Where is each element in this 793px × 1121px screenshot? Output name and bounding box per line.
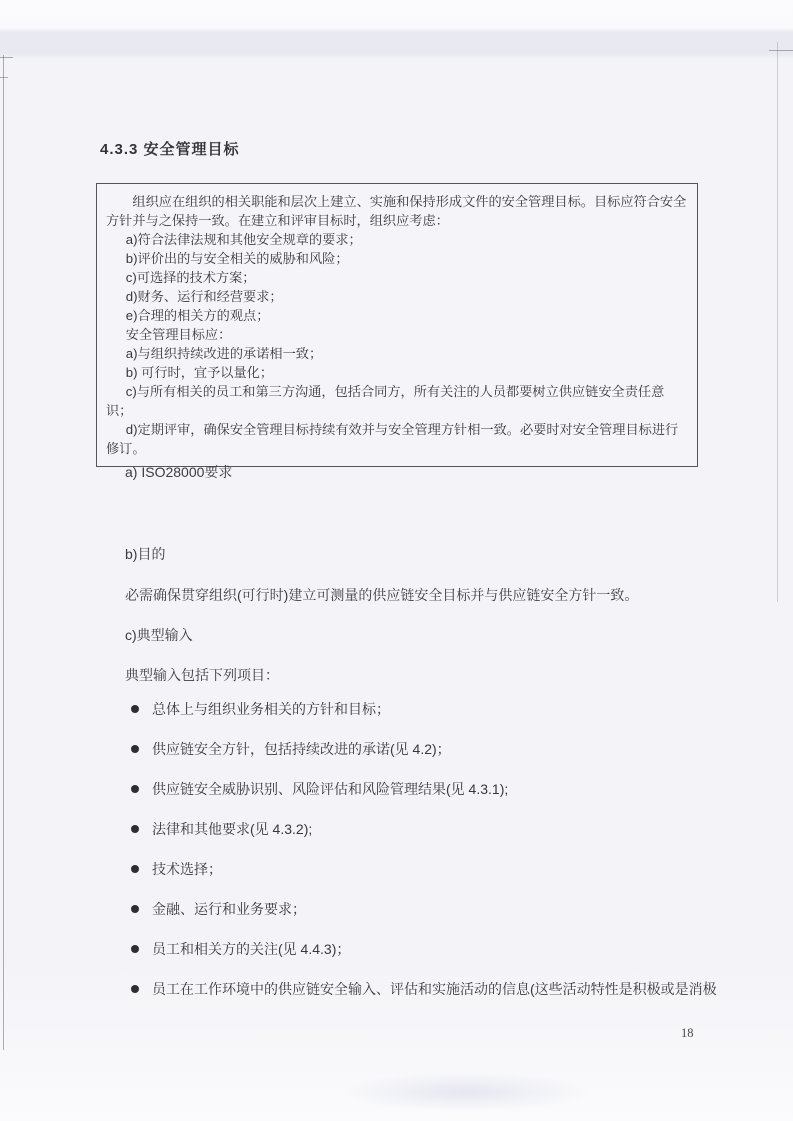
bullet-item: 总体上与组织业务相关的方针和目标； xyxy=(131,700,731,718)
subsection-c-label: c)典型输入 xyxy=(125,625,193,645)
box-list-item: c)可选择的技术方案； xyxy=(106,268,688,287)
bullet-dot-icon xyxy=(131,945,139,953)
bullet-dot-icon xyxy=(131,745,139,753)
bullet-text: 总体上与组织业务相关的方针和目标； xyxy=(152,701,390,717)
section-heading: 4.3.3 安全管理目标 xyxy=(100,138,240,159)
bullet-dot-icon xyxy=(131,785,139,793)
bullet-text: 员工和相关方的关注(见 4.4.3)； xyxy=(152,941,350,957)
bullet-dot-icon xyxy=(131,865,139,873)
bullet-dot-icon xyxy=(131,985,139,993)
box-mid-line: 安全管理目标应： xyxy=(106,325,688,344)
bullet-text: 供应链安全威胁识别、风险评估和风险管理结果(见 4.3.1); xyxy=(152,781,508,797)
scanned-document-page: 4.3.3 安全管理目标 组织应在组织的相关职能和层次上建立、实施和保持形成文件… xyxy=(0,0,793,1121)
bullet-text: 供应链安全方针，包括持续改进的承诺(见 4.2)； xyxy=(152,741,451,757)
bullet-item: 供应链安全方针，包括持续改进的承诺(见 4.2)； xyxy=(131,740,731,758)
box-list-item: e)合理的相关方的观点； xyxy=(106,306,688,325)
box-list-item: a)符合法律法规和其他安全规章的要求； xyxy=(106,230,688,249)
subsection-b-paragraph: 必需确保贯穿组织(可行时)建立可测量的供应链安全目标并与供应链安全方针一致。 xyxy=(125,585,638,605)
box-list-item: a)与组织持续改进的承诺相一致； xyxy=(106,344,688,363)
subsection-a-label: a) ISO28000要求 xyxy=(125,462,232,482)
bullet-text: 技术选择； xyxy=(152,861,222,877)
bullet-dot-icon xyxy=(131,705,139,713)
bullet-text: 员工在工作环境中的供应链安全输入、评估和实施活动的信息(这些活动特性是积极或是消… xyxy=(152,981,717,997)
bullet-dot-icon xyxy=(131,825,139,833)
box-list-2: a)与组织持续改进的承诺相一致； b) 可行时，宜予以量化； c)与所有相关的员… xyxy=(106,344,688,458)
requirement-box: 组织应在组织的相关职能和层次上建立、实施和保持形成文件的安全管理目标。目标应符合… xyxy=(96,183,698,467)
bullet-item: 技术选择； xyxy=(131,860,731,878)
scan-artifact-smudge xyxy=(340,1072,590,1112)
scan-artifact-left-edge-line xyxy=(3,55,4,1050)
scan-artifact-dash xyxy=(0,57,13,58)
bullet-item: 员工和相关方的关注(见 4.4.3)； xyxy=(131,940,731,958)
bullet-dot-icon xyxy=(131,905,139,913)
bullet-item: 金融、运行和业务要求； xyxy=(131,900,731,918)
bullet-item: 员工在工作环境中的供应链安全输入、评估和实施活动的信息(这些活动特性是积极或是消… xyxy=(131,980,731,998)
page-number: 18 xyxy=(681,1026,694,1041)
bullet-text: 金融、运行和业务要求； xyxy=(152,901,306,917)
subsection-b-label: b)目的 xyxy=(125,544,165,564)
scan-artifact-dash xyxy=(769,50,793,51)
subsection-c-intro: 典型输入包括下列项目： xyxy=(125,665,279,685)
box-list-1: a)符合法律法规和其他安全规章的要求； b)评价出的与安全相关的威胁和风险； c… xyxy=(106,230,688,325)
box-intro-paragraph: 组织应在组织的相关职能和层次上建立、实施和保持形成文件的安全管理目标。目标应符合… xyxy=(106,192,688,230)
box-list-item: d)财务、运行和经营要求； xyxy=(106,287,688,306)
box-list-item: b)评价出的与安全相关的威胁和风险； xyxy=(106,249,688,268)
box-list-item: d)定期评审，确保安全管理目标持续有效并与安全管理方针相一致。必要时对安全管理目… xyxy=(106,420,688,458)
bullet-item: 供应链安全威胁识别、风险评估和风险管理结果(见 4.3.1); xyxy=(131,780,731,798)
scan-artifact-right-edge-line xyxy=(777,42,778,602)
typical-inputs-bullet-list: 总体上与组织业务相关的方针和目标； 供应链安全方针，包括持续改进的承诺(见 4.… xyxy=(131,700,731,1020)
box-list-item: c)与所有相关的员工和第三方沟通，包括合同方，所有关注的人员都要树立供应链安全责… xyxy=(106,382,688,420)
box-list-item: b) 可行时，宜予以量化； xyxy=(106,363,688,382)
scan-artifact-dash xyxy=(0,77,8,78)
bullet-text: 法律和其他要求(见 4.3.2); xyxy=(152,821,312,837)
bullet-item: 法律和其他要求(见 4.3.2); xyxy=(131,820,731,838)
